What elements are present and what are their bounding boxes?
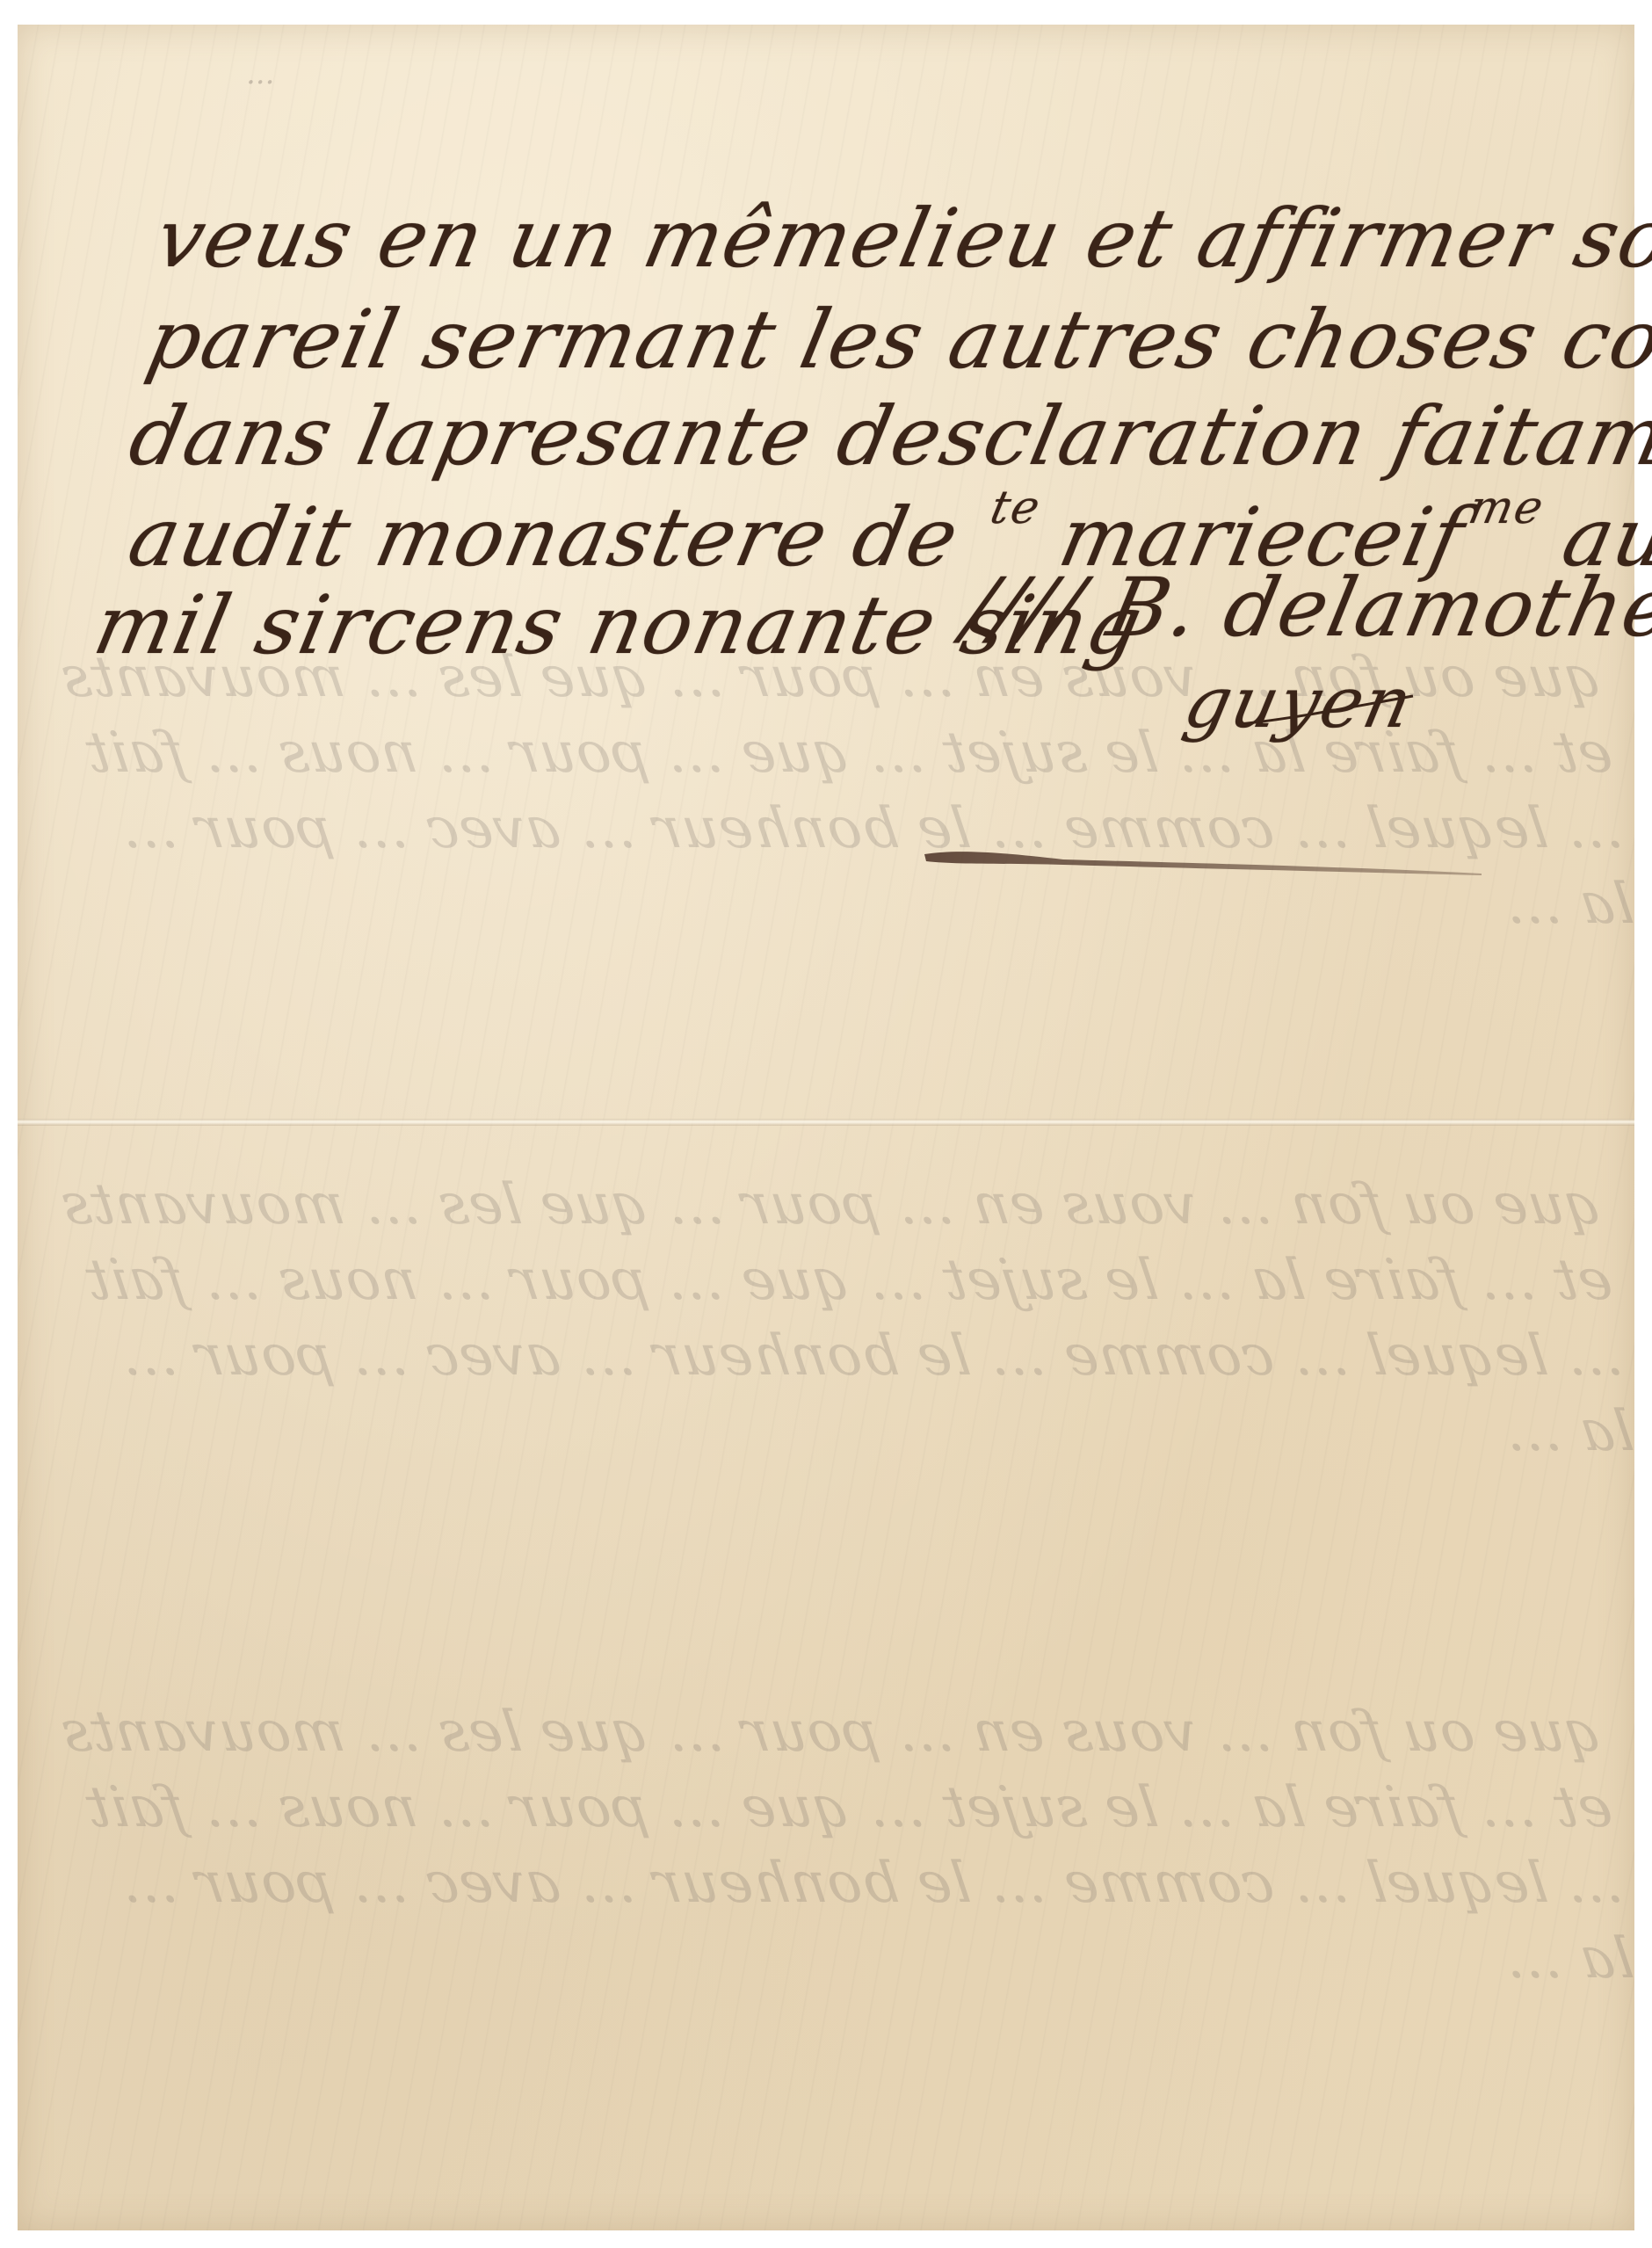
faint-top-mark: ... <box>246 56 274 91</box>
signature-name: B. delamothe <box>1100 561 1652 655</box>
handwritten-line-1: veus en un mêmelieu et affirmer sous <box>149 192 1652 286</box>
ink-smear-stroke <box>923 842 1485 877</box>
bleed-through-text-bottom: que ou fon ... vous en ... pour ... que … <box>49 1694 1638 1997</box>
handwritten-line-2: pareil sermant les autres choses contenü… <box>140 293 1652 387</box>
line4-start: audit monastere de <box>121 490 996 584</box>
signature-flourish-icon <box>1239 693 1415 728</box>
signature-paraph: //// <box>957 561 1093 655</box>
handwritten-line-3: dans lapresante desclaration faitameaur <box>122 389 1652 483</box>
paper-fold-line <box>18 1119 1634 1126</box>
line4-superscript-2: me <box>1464 482 1549 534</box>
bleed-through-text-lower: que ou fon ... vous en ... pour ... que … <box>49 1167 1638 1469</box>
manuscript-page: ... que ou fon ... vous en ... pour ... … <box>18 25 1634 2230</box>
signature: //// B. delamothe <box>957 561 1652 655</box>
